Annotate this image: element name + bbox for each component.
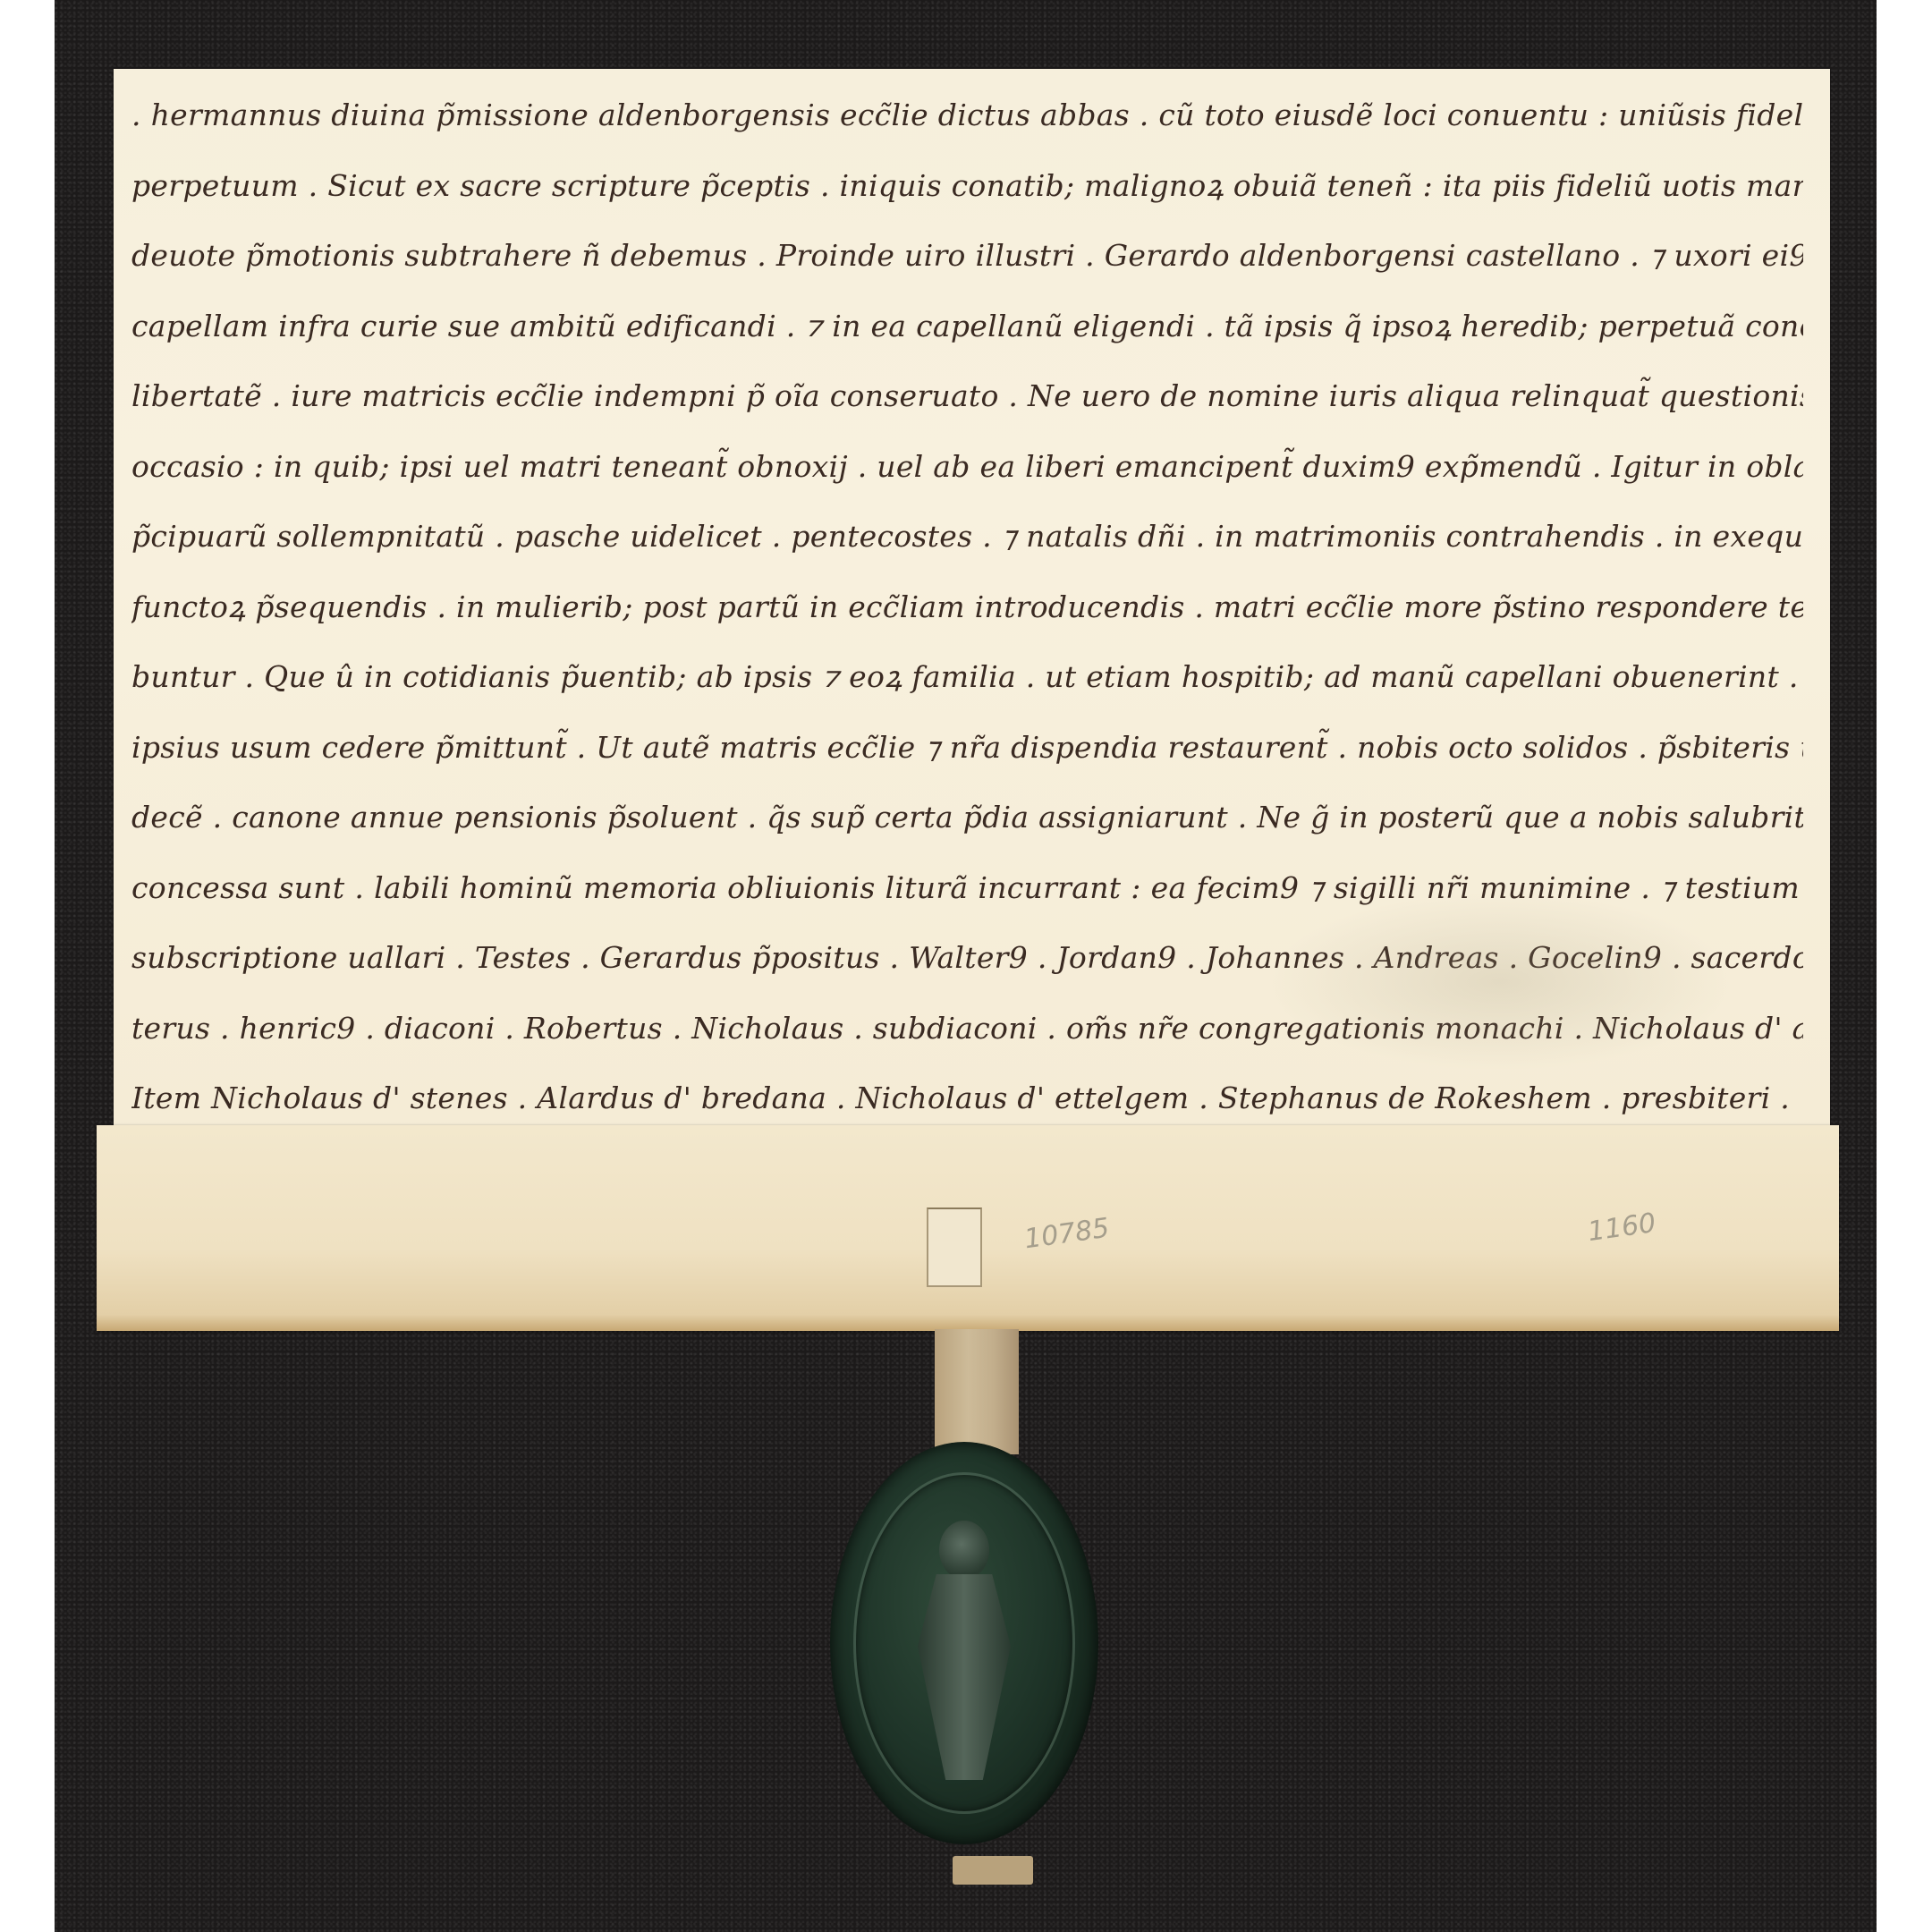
figure-vestments — [918, 1574, 1011, 1780]
green-wax-seal — [830, 1442, 1098, 1844]
text-line: decẽ . canone annue pensionis p̃soluent … — [131, 791, 1803, 861]
charter-text: . hermannus diuina p̃missione aldenborge… — [131, 89, 1803, 1142]
text-line: libertatẽ . iure matricis ecc̃lie indemp… — [131, 369, 1803, 440]
text-line: ipsius usum cedere p̃mittunt̃ . Ut autẽ … — [131, 721, 1803, 792]
charter-parchment: . hermannus diuina p̃missione aldenborge… — [114, 69, 1830, 1129]
text-line: functoꝝ p̃sequendis . in mulierib; post … — [131, 580, 1803, 651]
seal-tag-end — [953, 1856, 1033, 1885]
abbot-figure-icon — [930, 1521, 998, 1780]
text-line: p̃cipuarũ sollempnitatũ . pasche uidelic… — [131, 510, 1803, 580]
text-line: . hermannus diuina p̃missione aldenborge… — [131, 89, 1803, 159]
seal-tag-slot — [927, 1207, 982, 1287]
text-line: occasio : in quib; ipsi uel matri tenean… — [131, 440, 1803, 511]
text-line: capellam infra curie sue ambitũ edifican… — [131, 300, 1803, 370]
text-line: subscriptione uallari . Testes . Gerardu… — [131, 931, 1803, 1002]
text-line: terus . henric9 . diaconi . Robertus . N… — [131, 1002, 1803, 1072]
parchment-seal-tag — [935, 1329, 1019, 1454]
figure-head — [939, 1521, 989, 1580]
text-line: concessa sunt . labili hominũ memoria ob… — [131, 861, 1803, 932]
text-line: buntur . Que û in cotidianis p̃uentib; a… — [131, 650, 1803, 721]
text-line: deuote p̃motionis subtrahere ñ debemus .… — [131, 229, 1803, 300]
text-line: perpetuum . Sicut ex sacre scripture p̃c… — [131, 159, 1803, 230]
